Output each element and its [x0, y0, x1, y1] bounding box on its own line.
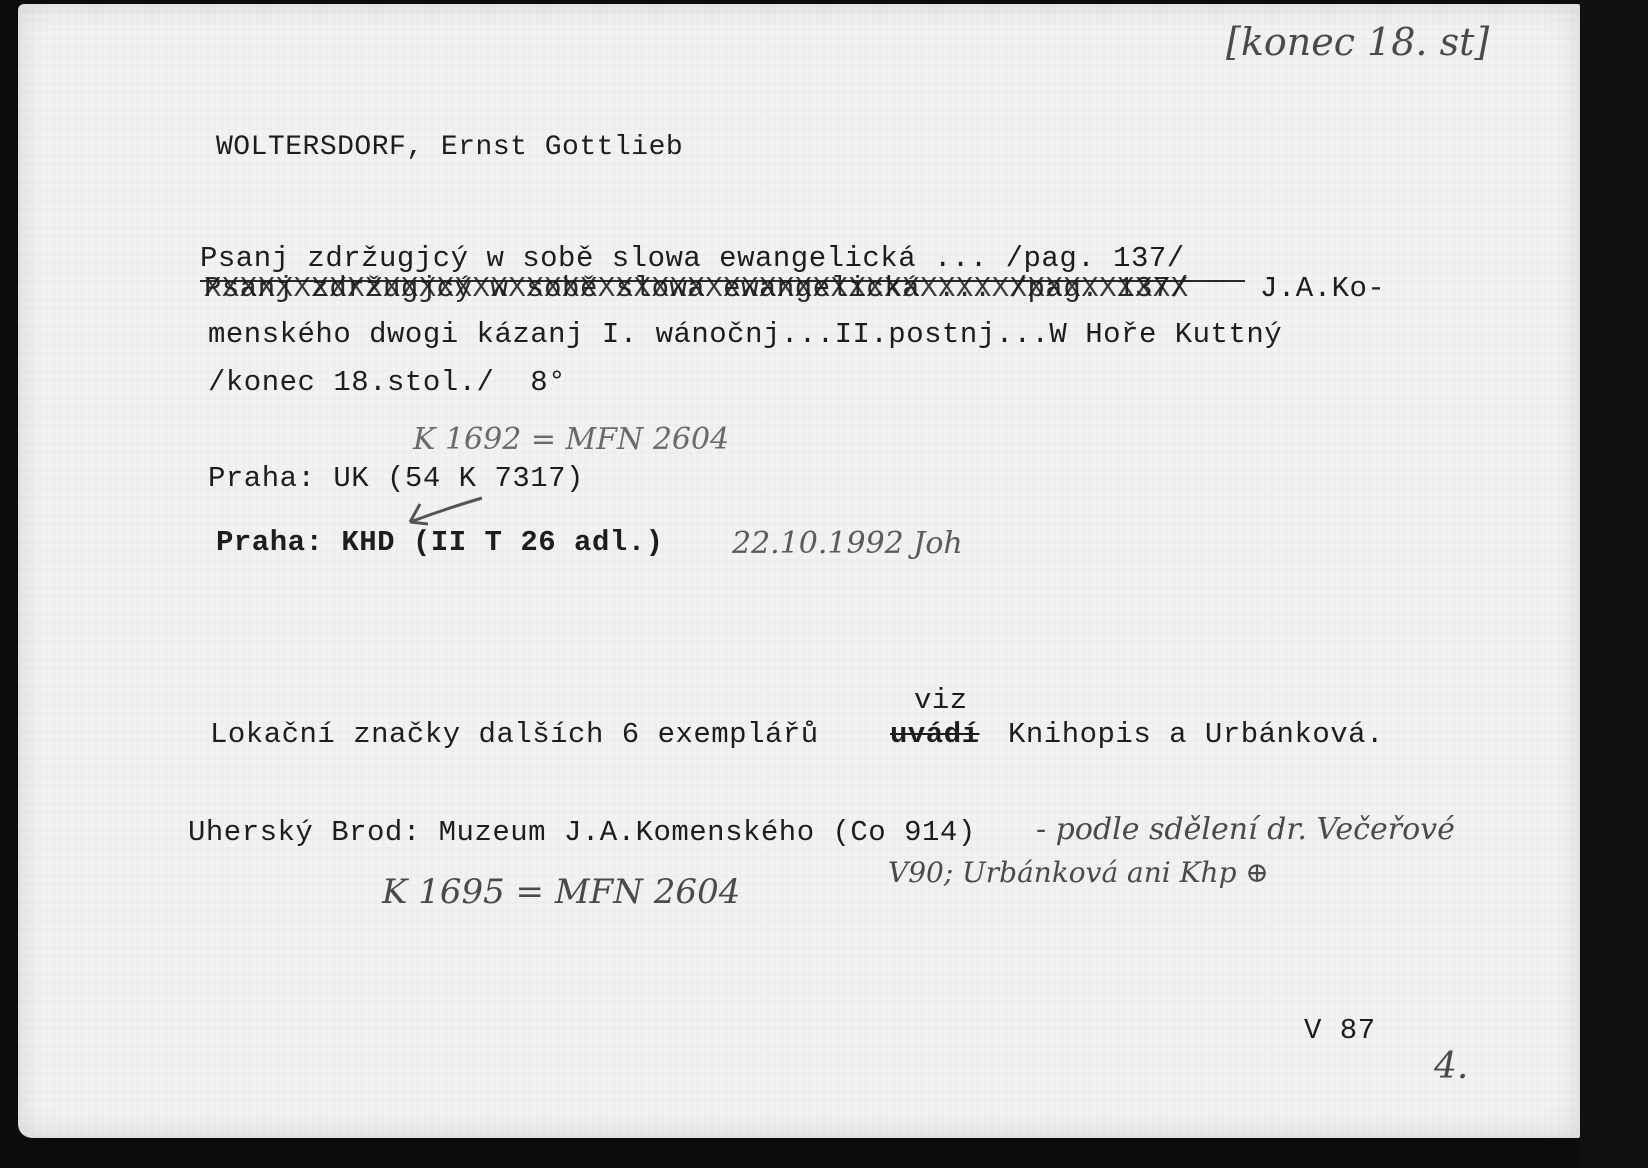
- handwritten-urbankova-note: V90; Urbánková ani Khp ⊕: [888, 856, 1269, 889]
- holding-praha-uk: Praha: UK (54 K 7317): [208, 462, 584, 495]
- title-line-2-continuation: J.A.Ko-: [1260, 272, 1385, 305]
- shelf-mark: V 87: [1304, 1014, 1376, 1047]
- handwritten-mfn-note-1: K 1692 = MFN 2604: [413, 422, 729, 457]
- catalog-card: [konec 18. st] WOLTERSDORF, Ernst Gottli…: [18, 4, 1580, 1138]
- locations-struck-word: uvádí: [890, 718, 980, 751]
- locations-line: Lokační značky dalších 6 exemplářů: [210, 718, 819, 751]
- author-heading: WOLTERSDORF, Ernst Gottlieb: [216, 132, 683, 163]
- viz-insert: viz: [914, 684, 968, 717]
- handwritten-mfn-note-2: K 1695 = MFN 2604: [382, 872, 740, 912]
- handwritten-vecerova-note: - podle sdělení dr. Večeřové: [1036, 812, 1455, 847]
- card-number: 4.: [1434, 1046, 1468, 1087]
- title-line-4: /konec 18.stol./ 8°: [208, 366, 566, 399]
- holding-praha-khd: Praha: KHD (II T 26 adl.): [216, 526, 664, 559]
- title-line-3: menského dwogi kázanj I. wánočnj...II.po…: [208, 318, 1282, 351]
- holding-uhersky-brod: Uherský Brod: Muzeum J.A.Komenského (Co …: [188, 816, 976, 849]
- scan-border: [1580, 0, 1648, 1168]
- strikeout-overtype: XXXXXXXXXXXXXXXXXXXXXXXXXXXXXXXXXXXXXXXX…: [204, 272, 1189, 305]
- title-line-1: Psanj zdržugjcý w sobě slowa ewangelická…: [200, 242, 1185, 275]
- handwritten-date-khd: 22.10.1992 Joh: [732, 526, 963, 561]
- locations-tail: Knihopis a Urbánková.: [1008, 718, 1384, 751]
- handwritten-date-note: [konec 18. st]: [1226, 20, 1489, 64]
